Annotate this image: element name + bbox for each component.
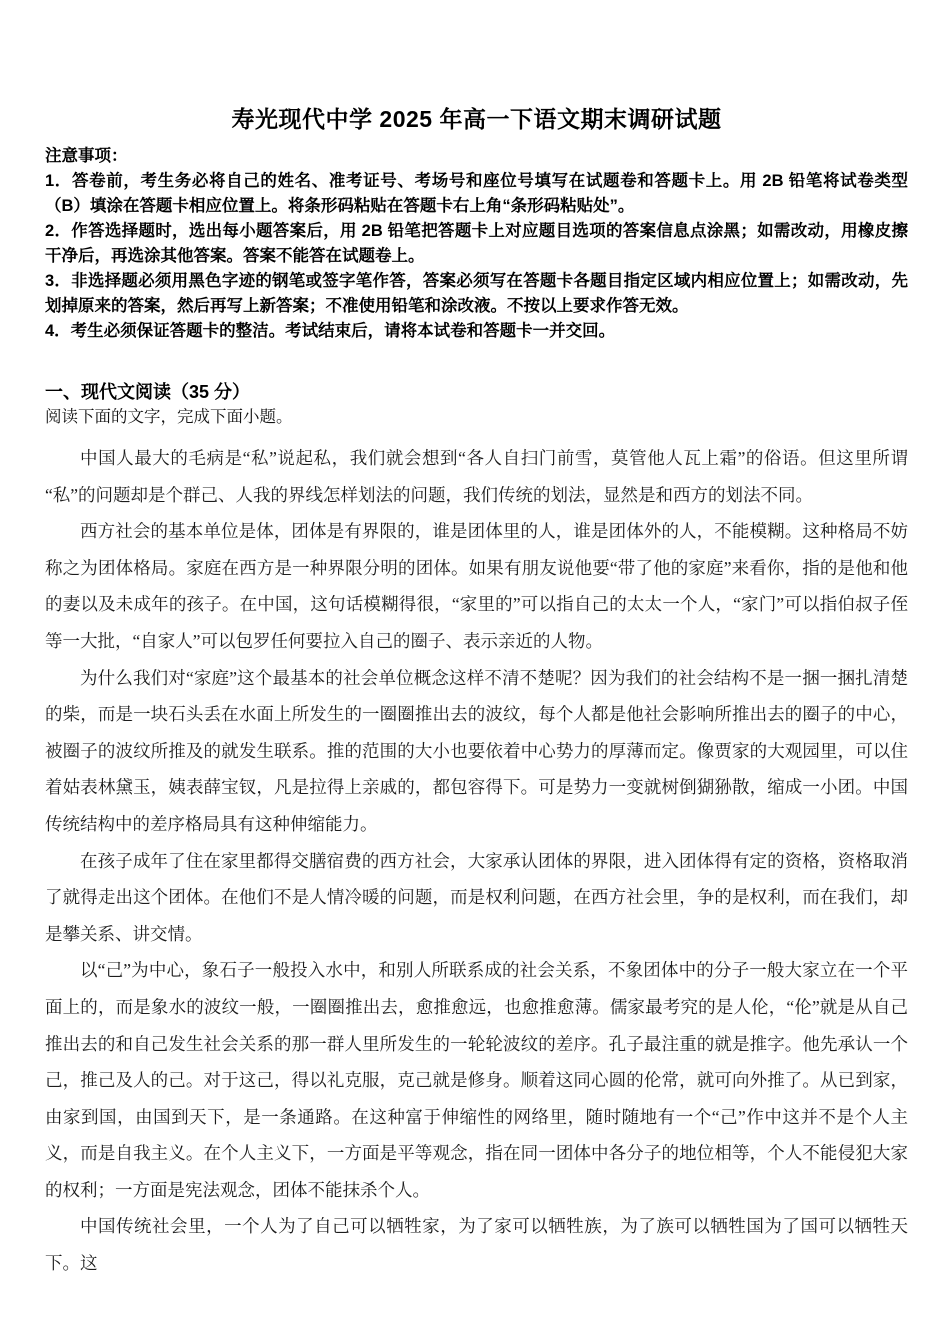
reading-intro: 阅读下面的文字，完成下面小题。 (45, 405, 908, 429)
reading-passage: 中国人最大的毛病是“私”说起私，我们就会想到“各人自扫门前雪，莫管他人瓦上霜”的… (45, 440, 908, 1282)
document-page: 寿光现代中学 2025 年高一下语文期末调研试题 注意事项： 1．答卷前，考生务… (0, 0, 950, 1344)
passage-paragraph: 中国人最大的毛病是“私”说起私，我们就会想到“各人自扫门前雪，莫管他人瓦上霜”的… (45, 440, 908, 513)
section-heading: 一、现代文阅读（35 分） (45, 380, 908, 405)
passage-paragraph: 西方社会的基本单位是体，团体是有界限的，谁是团体里的人，谁是团体外的人，不能模糊… (45, 513, 908, 659)
passage-paragraph: 中国传统社会里，一个人为了自己可以牺牲家，为了家可以牺牲族，为了族可以牺牲国为了… (45, 1208, 908, 1281)
passage-paragraph: 在孩子成年了住在家里都得交膳宿费的西方社会，大家承认团体的界限，进入团体得有定的… (45, 843, 908, 953)
notice-heading: 注意事项： (45, 144, 908, 169)
page-title: 寿光现代中学 2025 年高一下语文期末调研试题 (45, 104, 908, 134)
notice-item-4: 4．考生必须保证答题卡的整洁。考试结束后，请将本试卷和答题卡一并交回。 (45, 319, 908, 344)
passage-paragraph: 为什么我们对“家庭”这个最基本的社会单位概念这样不清不楚呢？因为我们的社会结构不… (45, 660, 908, 843)
notice-item-2: 2．作答选择题时，选出每小题答案后，用 2B 铅笔把答题卡上对应题目选项的答案信… (45, 219, 908, 269)
notice-item-3: 3．非选择题必须用黑色字迹的钢笔或签字笔作答，答案必须写在答题卡各题目指定区域内… (45, 269, 908, 319)
reading-section: 一、现代文阅读（35 分） 阅读下面的文字，完成下面小题。 中国人最大的毛病是“… (45, 380, 908, 1282)
notice-section: 注意事项： 1．答卷前，考生务必将自己的姓名、准考证号、考场号和座位号填写在试题… (45, 144, 908, 344)
notice-item-1: 1．答卷前，考生务必将自己的姓名、准考证号、考场号和座位号填写在试题卷和答题卡上… (45, 169, 908, 219)
passage-paragraph: 以“己”为中心，象石子一般投入水中，和别人所联系成的社会关系，不象团体中的分子一… (45, 952, 908, 1208)
